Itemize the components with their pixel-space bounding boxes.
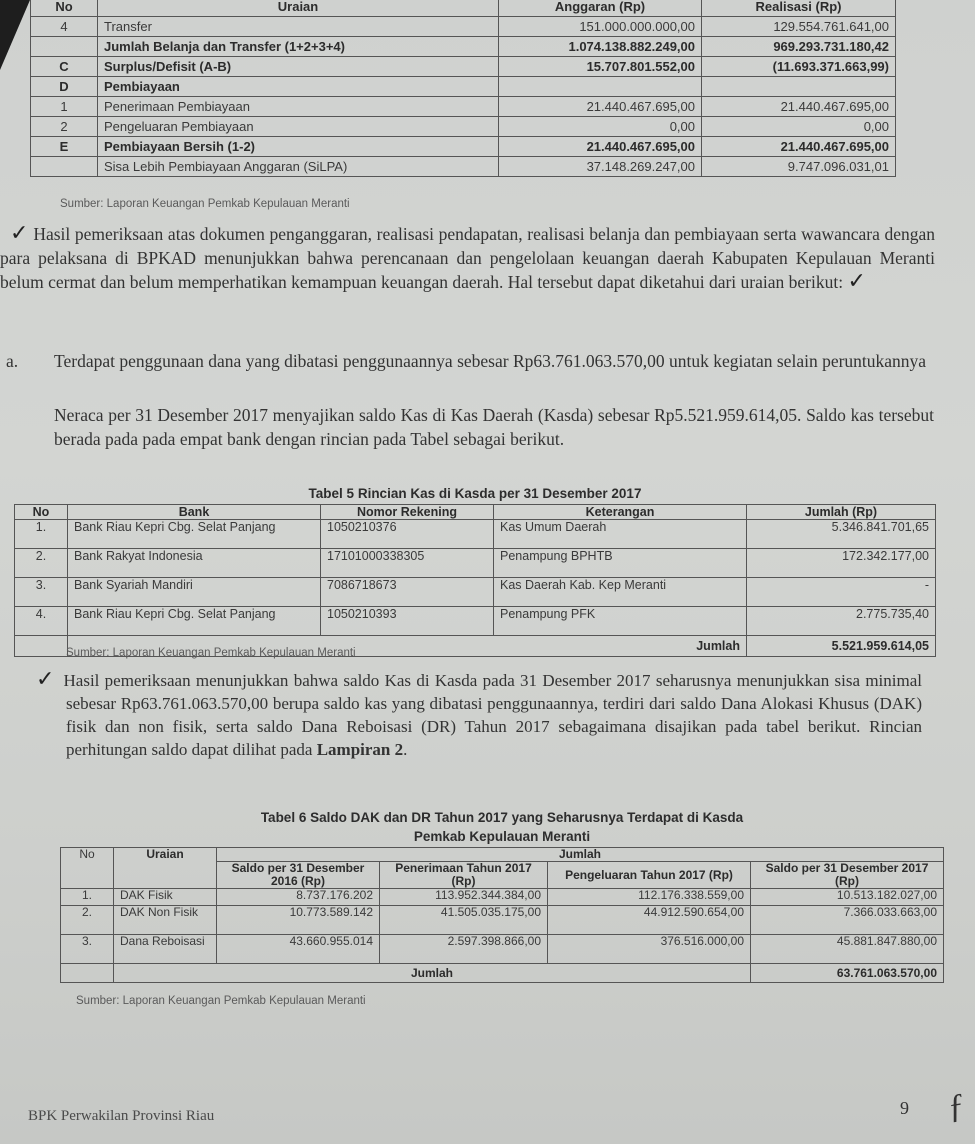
table-row: 2.DAK Non Fisik10.773.589.14241.505.035.…	[61, 906, 944, 935]
cell-bank: Bank Rakyat Indonesia	[68, 549, 321, 578]
cell-keterangan: Penampung BPHTB	[494, 549, 747, 578]
cell-rekening: 7086718673	[321, 578, 494, 607]
cell-bank: Bank Syariah Mandiri	[68, 578, 321, 607]
cell-anggaran: 0,00	[499, 117, 702, 137]
table5-caption: Tabel 5 Rincian Kas di Kasda per 31 Dese…	[14, 486, 936, 501]
cell-uraian: Pembiayaan Bersih (1-2)	[98, 137, 499, 157]
table-row: Sisa Lebih Pembiayaan Anggaran (SiLPA)37…	[31, 157, 896, 177]
cell-uraian: Transfer	[98, 17, 499, 37]
cell-realisasi	[702, 77, 896, 97]
appendix-reference[interactable]: Lampiran 2	[317, 740, 403, 759]
table4-source: Sumber: Laporan Keuangan Pemkab Kepulaua…	[60, 198, 350, 210]
cell-no	[31, 157, 98, 177]
cell-no	[31, 37, 98, 57]
item-a-marker: a.	[6, 350, 36, 374]
header-keterangan: Keterangan	[494, 505, 747, 520]
total-label: Jumlah	[114, 964, 751, 983]
cell-uraian: Penerimaan Pembiayaan	[98, 97, 499, 117]
check-mark-icon: ✓	[847, 269, 865, 294]
cell-uraian: Dana Reboisasi	[114, 935, 217, 964]
cell-uraian: Jumlah Belanja dan Transfer (1+2+3+4)	[98, 37, 499, 57]
header-jumlah: Jumlah (Rp)	[747, 505, 936, 520]
check-mark-icon: ✓	[36, 667, 56, 692]
cell-realisasi: (11.693.371.663,99)	[702, 57, 896, 77]
cell-no: D	[31, 77, 98, 97]
header-pengeluaran: Pengeluaran Tahun 2017 (Rp)	[548, 862, 751, 889]
cell-no: 2.	[61, 906, 114, 935]
table-row: 4.Bank Riau Kepri Cbg. Selat Panjang1050…	[15, 607, 936, 636]
handwritten-initial-icon: ƒ	[945, 1087, 967, 1127]
cell-no: E	[31, 137, 98, 157]
total-value: 5.521.959.614,05	[747, 636, 936, 657]
cell-anggaran: 1.074.138.882.249,00	[499, 37, 702, 57]
cell-rekening: 17101000338305	[321, 549, 494, 578]
check-mark-icon: ✓	[10, 221, 29, 246]
cell-no: 1	[31, 97, 98, 117]
cell-jumlah: 2.775.735,40	[747, 607, 936, 636]
cell-bank: Bank Riau Kepri Cbg. Selat Panjang	[68, 520, 321, 549]
table6-caption-line1: Tabel 6 Saldo DAK dan DR Tahun 2017 yang…	[60, 810, 944, 825]
cell-no: 3.	[15, 578, 68, 607]
cell-anggaran: 21.440.467.695,00	[499, 97, 702, 117]
cell-keterangan: Penampung PFK	[494, 607, 747, 636]
header-saldo-2016: Saldo per 31 Desember 2016 (Rp)	[217, 862, 380, 889]
table-header-row: No Uraian Anggaran (Rp) Realisasi (Rp)	[31, 0, 896, 17]
table-header-row: No Uraian Jumlah	[61, 848, 944, 862]
table-row: 1.Bank Riau Kepri Cbg. Selat Panjang1050…	[15, 520, 936, 549]
total-value: 63.761.063.570,00	[751, 964, 944, 983]
cell-penerimaan: 113.952.344.384,00	[380, 889, 548, 906]
cell-jumlah: 5.346.841.701,65	[747, 520, 936, 549]
header-uraian: Uraian	[98, 0, 499, 17]
cell-no: 1.	[15, 520, 68, 549]
cell-saldo-2016: 10.773.589.142	[217, 906, 380, 935]
cell-uraian: DAK Non Fisik	[114, 906, 217, 935]
cell-jumlah: 172.342.177,00	[747, 549, 936, 578]
table-row: Jumlah Belanja dan Transfer (1+2+3+4)1.0…	[31, 37, 896, 57]
header-no: No	[15, 505, 68, 520]
header-realisasi: Realisasi (Rp)	[702, 0, 896, 17]
cell-anggaran: 21.440.467.695,00	[499, 137, 702, 157]
cell-penerimaan: 41.505.035.175,00	[380, 906, 548, 935]
cell-anggaran	[499, 77, 702, 97]
cell-no: 2.	[15, 549, 68, 578]
cell-pengeluaran: 44.912.590.654,00	[548, 906, 751, 935]
cell-realisasi: 0,00	[702, 117, 896, 137]
paragraph-findings: ✓ Hasil pemeriksaan atas dokumen pengang…	[0, 222, 935, 295]
item-a-text: Terdapat penggunaan dana yang dibatasi p…	[54, 350, 934, 374]
cell-anggaran: 37.148.269.247,00	[499, 157, 702, 177]
cell-penerimaan: 2.597.398.866,00	[380, 935, 548, 964]
cell-uraian: Pengeluaran Pembiayaan	[98, 117, 499, 137]
cell-bank: Bank Riau Kepri Cbg. Selat Panjang	[68, 607, 321, 636]
table6-source: Sumber: Laporan Keuangan Pemkab Kepulaua…	[76, 995, 366, 1007]
cell-jumlah: -	[747, 578, 936, 607]
cell-rekening: 1050210376	[321, 520, 494, 549]
paragraph-dak-dr: ✓Hasil pemeriksaan menunjukkan bahwa sal…	[66, 668, 922, 761]
table-row: 3.Dana Reboisasi43.660.955.0142.597.398.…	[61, 935, 944, 964]
cell-realisasi: 129.554.761.641,00	[702, 17, 896, 37]
header-saldo-2017: Saldo per 31 Desember 2017 (Rp)	[751, 862, 944, 889]
header-jumlah-group: Jumlah	[217, 848, 944, 862]
cell-no: 2	[31, 117, 98, 137]
cell-no: 3.	[61, 935, 114, 964]
cell-saldo-2016: 43.660.955.014	[217, 935, 380, 964]
header-penerimaan: Penerimaan Tahun 2017 (Rp)	[380, 862, 548, 889]
cell-realisasi: 21.440.467.695,00	[702, 97, 896, 117]
cell-rekening: 1050210393	[321, 607, 494, 636]
table-header-row: No Bank Nomor Rekening Keterangan Jumlah…	[15, 505, 936, 520]
table-total-row: Jumlah 63.761.063.570,00	[61, 964, 944, 983]
cell-no: 1.	[61, 889, 114, 906]
header-anggaran: Anggaran (Rp)	[499, 0, 702, 17]
cell-no: 4.	[15, 607, 68, 636]
table-row: EPembiayaan Bersih (1-2)21.440.467.695,0…	[31, 137, 896, 157]
cell-keterangan: Kas Daerah Kab. Kep Meranti	[494, 578, 747, 607]
header-uraian: Uraian	[114, 848, 217, 889]
cell-saldo-2017: 7.366.033.663,00	[751, 906, 944, 935]
table-row: 1Penerimaan Pembiayaan21.440.467.695,002…	[31, 97, 896, 117]
kasda-cash-table: No Bank Nomor Rekening Keterangan Jumlah…	[14, 504, 936, 657]
cell-pengeluaran: 112.176.338.559,00	[548, 889, 751, 906]
table-row: 3.Bank Syariah Mandiri7086718673Kas Daer…	[15, 578, 936, 607]
header-no: No	[61, 848, 114, 889]
cell-saldo-2017: 10.513.182.027,00	[751, 889, 944, 906]
header-rekening: Nomor Rekening	[321, 505, 494, 520]
dak-dr-balance-table: No Uraian Jumlah Saldo per 31 Desember 2…	[60, 847, 944, 983]
table5-source: Sumber: Laporan Keuangan Pemkab Kepulaua…	[66, 647, 356, 659]
table6-caption-line2: Pemkab Kepulauan Meranti	[60, 829, 944, 844]
table-row: 1.DAK Fisik8.737.176.202113.952.344.384,…	[61, 889, 944, 906]
cell-saldo-2017: 45.881.847.880,00	[751, 935, 944, 964]
cell-keterangan: Kas Umum Daerah	[494, 520, 747, 549]
header-bank: Bank	[68, 505, 321, 520]
cell-saldo-2016: 8.737.176.202	[217, 889, 380, 906]
cell-realisasi: 9.747.096.031,01	[702, 157, 896, 177]
cell-uraian: Pembiayaan	[98, 77, 499, 97]
cell-uraian: Surplus/Defisit (A-B)	[98, 57, 499, 77]
header-no: No	[31, 0, 98, 17]
table-row: 4Transfer151.000.000.000,00129.554.761.6…	[31, 17, 896, 37]
table-row: DPembiayaan	[31, 77, 896, 97]
cell-realisasi: 969.293.731.180,42	[702, 37, 896, 57]
cell-no: C	[31, 57, 98, 77]
photo-corner-shadow	[0, 0, 30, 70]
paragraph-neraca: Neraca per 31 Desember 2017 menyajikan s…	[54, 404, 934, 451]
table-row: CSurplus/Defisit (A-B)15.707.801.552,00(…	[31, 57, 896, 77]
footer-organization: BPK Perwakilan Provinsi Riau	[28, 1108, 214, 1125]
cell-no: 4	[31, 17, 98, 37]
cell-uraian: Sisa Lebih Pembiayaan Anggaran (SiLPA)	[98, 157, 499, 177]
page-number: 9	[900, 1098, 909, 1119]
cell-anggaran: 151.000.000.000,00	[499, 17, 702, 37]
cell-pengeluaran: 376.516.000,00	[548, 935, 751, 964]
table-row: 2.Bank Rakyat Indonesia17101000338305Pen…	[15, 549, 936, 578]
table-row: 2Pengeluaran Pembiayaan0,000,00	[31, 117, 896, 137]
budget-realization-table: No Uraian Anggaran (Rp) Realisasi (Rp) 4…	[30, 0, 896, 177]
cell-realisasi: 21.440.467.695,00	[702, 137, 896, 157]
cell-anggaran: 15.707.801.552,00	[499, 57, 702, 77]
cell-uraian: DAK Fisik	[114, 889, 217, 906]
